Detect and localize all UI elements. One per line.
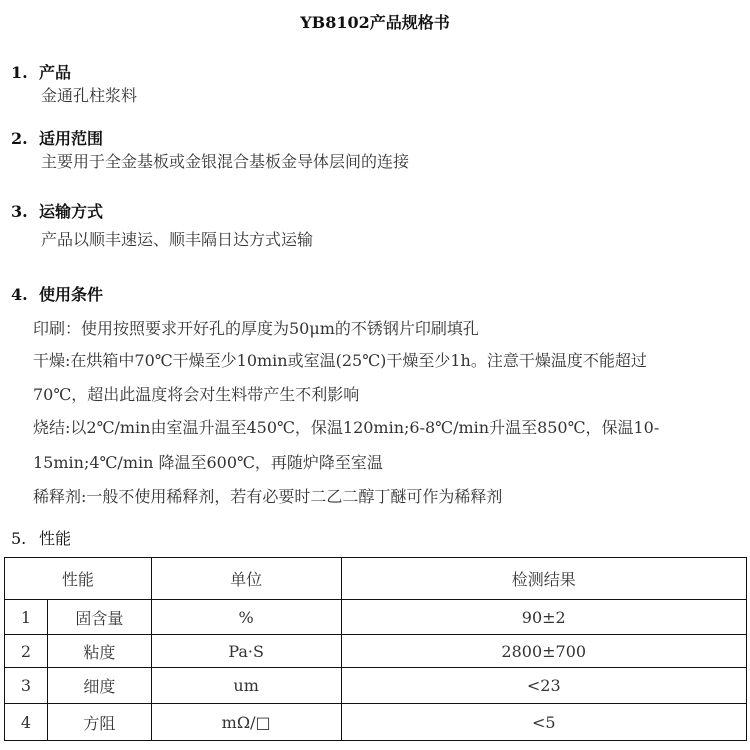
section-4-heading: 4.使用条件 [11, 282, 103, 305]
condition-sintering: 烧结:以2℃/min由室温升温至450℃，保温120min;6-8℃/min升温… [33, 415, 659, 438]
row-number: 1 [5, 600, 48, 635]
condition-sintering-cont: 15min;4℃/min 降温至600℃，再随炉降至室温 [33, 450, 383, 473]
section-3-body: 产品以顺丰速运、顺丰隔日达方式运输 [41, 227, 313, 250]
table-header-row: 性能 单位 检测结果 [5, 558, 747, 600]
table-row: 2 粘度 Pa·S 2800±700 [5, 635, 747, 668]
row-property: 固含量 [47, 600, 151, 635]
section-2-body: 主要用于全金基板或金银混合基板金导体层间的连接 [41, 149, 409, 172]
row-number: 3 [5, 668, 48, 704]
condition-diluent: 稀释剂:一般不使用稀释剂，若有必要时二乙二醇丁醚可作为稀释剂 [33, 484, 502, 507]
table-row: 3 细度 um <23 [5, 668, 747, 704]
section-2-heading: 2.适用范围 [11, 126, 103, 149]
row-result: <5 [341, 704, 746, 741]
section-number: 2. [11, 129, 39, 148]
row-number: 2 [5, 635, 48, 668]
section-1-heading: 1.产品 [11, 60, 71, 83]
row-unit: Pa·S [151, 635, 341, 668]
section-number: 3. [11, 202, 39, 221]
table-row: 1 固含量 % 90±2 [5, 600, 747, 635]
condition-drying-cont: 70℃，超出此温度将会对生料带产生不利影响 [33, 382, 359, 405]
section-title: 适用范围 [39, 129, 103, 148]
row-property: 粘度 [47, 635, 151, 668]
section-3-heading: 3.运输方式 [11, 199, 103, 222]
section-title: 使用条件 [39, 285, 103, 304]
row-unit: % [151, 600, 341, 635]
row-result: 90±2 [341, 600, 746, 635]
condition-printing: 印刷：使用按照要求开好孔的厚度为50μm的不锈钢片印刷填孔 [33, 316, 479, 339]
row-property: 细度 [47, 668, 151, 704]
header-property: 性能 [5, 558, 152, 600]
section-number: 4. [11, 285, 39, 304]
section-number: 1. [11, 63, 39, 82]
section-title: 性能 [39, 529, 71, 548]
header-unit: 单位 [151, 558, 341, 600]
section-title: 运输方式 [39, 202, 103, 221]
condition-drying: 干燥:在烘箱中70℃干燥至少10min或室温(25℃)干燥至少1h。注意干燥温度… [33, 348, 647, 371]
document-title: YB8102产品规格书 [0, 10, 750, 33]
table-row: 4 方阻 mΩ/□ <5 [5, 704, 747, 741]
header-result: 检测结果 [341, 558, 746, 600]
row-unit: mΩ/□ [151, 704, 341, 741]
row-property: 方阻 [47, 704, 151, 741]
row-result: 2800±700 [341, 635, 746, 668]
row-number: 4 [5, 704, 48, 741]
section-1-body: 金通孔柱浆料 [41, 83, 137, 106]
section-5-heading: 5.性能 [11, 526, 71, 549]
performance-table: 性能 单位 检测结果 1 固含量 % 90±2 2 粘度 Pa·S 2800±7… [4, 557, 747, 741]
row-unit: um [151, 668, 341, 704]
section-title: 产品 [39, 63, 71, 82]
row-result: <23 [341, 668, 746, 704]
section-number: 5. [11, 529, 39, 548]
